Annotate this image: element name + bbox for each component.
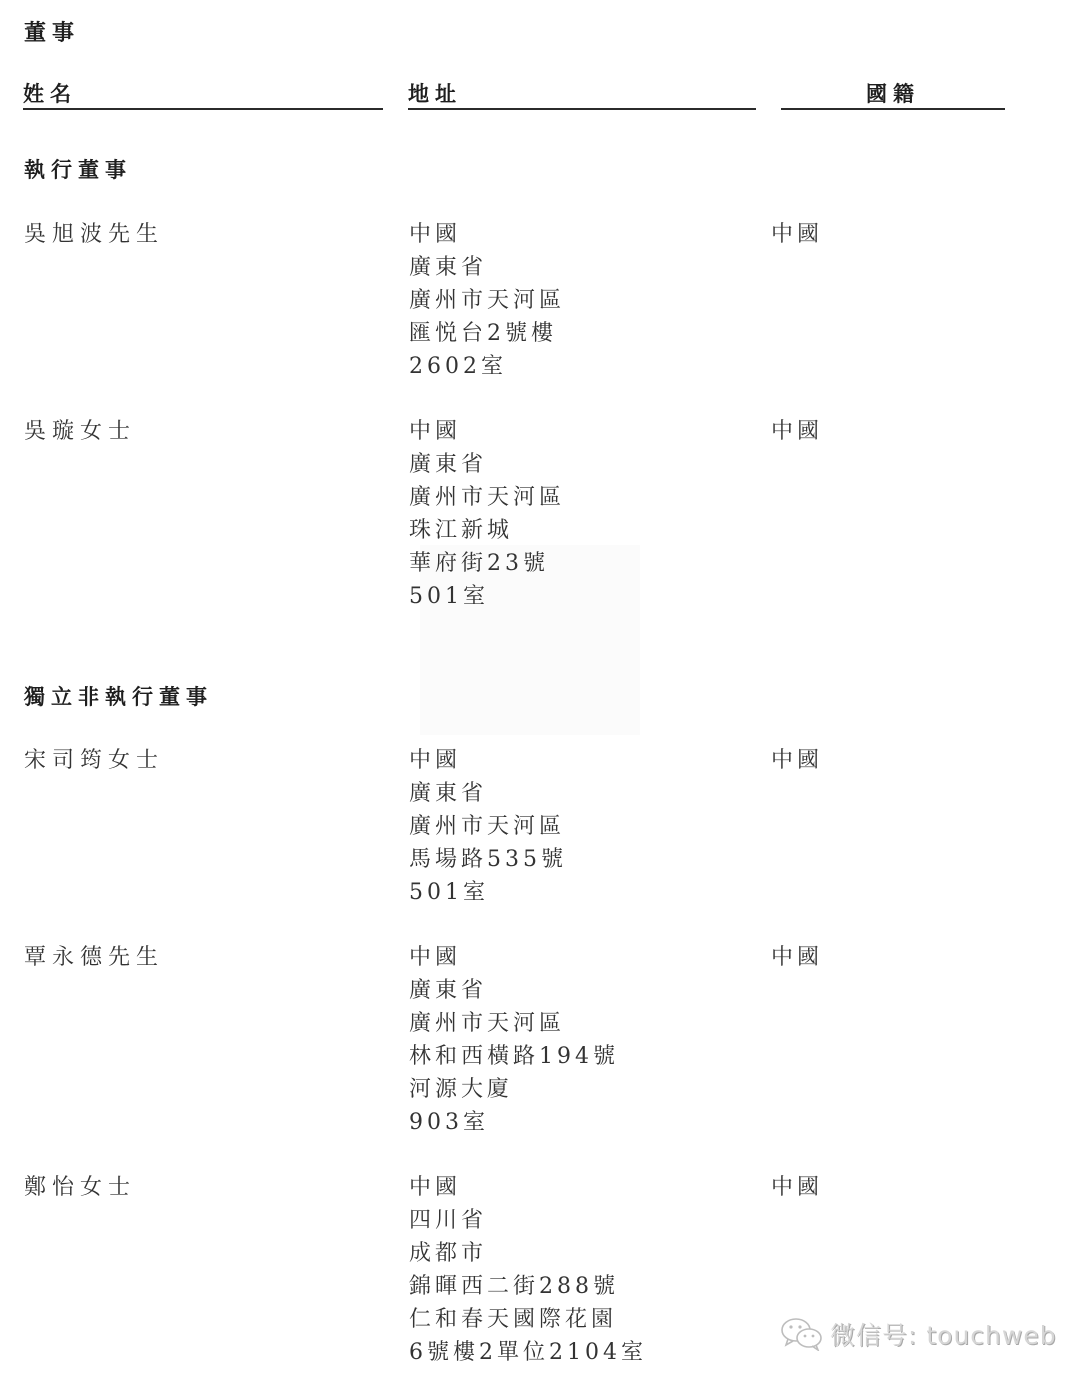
director-address: 中國 廣東省 廣州市天河區 珠江新城 華府街23號 501室 [409, 417, 565, 615]
address-line: 廣州市天河區 [409, 286, 565, 319]
address-line: 成都市 [409, 1239, 647, 1272]
address-line: 廣東省 [409, 976, 619, 1009]
column-header-nationality: 國籍 [781, 82, 1005, 110]
wechat-icon [780, 1317, 824, 1351]
director-name: 吳璇女士 [24, 417, 136, 447]
address-line: 2602室 [409, 352, 565, 385]
column-header-address: 地址 [408, 82, 756, 110]
address-line: 馬場路535號 [409, 845, 567, 878]
section-heading-independent-non-executive-directors: 獨立非執行董事 [24, 681, 213, 711]
address-line: 錦暉西二街288號 [409, 1272, 647, 1305]
address-line: 中國 [409, 943, 619, 976]
address-line: 中國 [409, 417, 565, 450]
director-name: 鄭怡女士 [24, 1173, 136, 1203]
director-nationality: 中國 [771, 1173, 823, 1203]
column-header-name: 姓名 [23, 82, 383, 110]
address-line: 6號樓2單位2104室 [409, 1338, 647, 1371]
address-line: 中國 [409, 1173, 647, 1206]
address-line: 廣東省 [409, 450, 565, 483]
address-line: 珠江新城 [409, 516, 565, 549]
address-line: 仁和春天國際花園 [409, 1305, 647, 1338]
director-address: 中國 廣東省 廣州市天河區 林和西橫路194號 河源大廈 903室 [409, 943, 619, 1141]
address-line: 河源大廈 [409, 1075, 619, 1108]
address-line: 廣州市天河區 [409, 812, 567, 845]
director-nationality: 中國 [771, 943, 823, 973]
director-address: 中國 四川省 成都市 錦暉西二街288號 仁和春天國際花園 6號樓2單位2104… [409, 1173, 647, 1371]
address-line: 廣州市天河區 [409, 483, 565, 516]
address-line: 廣東省 [409, 779, 567, 812]
page-title: 董事 [24, 16, 80, 47]
director-name: 宋司筠女士 [24, 746, 164, 776]
director-address: 中國 廣東省 廣州市天河區 匯悦台2號樓 2602室 [409, 220, 565, 385]
address-line: 林和西橫路194號 [409, 1042, 619, 1075]
director-name: 覃永德先生 [24, 943, 164, 973]
address-line: 903室 [409, 1108, 619, 1141]
address-line: 501室 [409, 878, 567, 911]
watermark-text: 微信号: touchweb [830, 1316, 1057, 1352]
director-address: 中國 廣東省 廣州市天河區 馬場路535號 501室 [409, 746, 567, 911]
address-line: 廣州市天河區 [409, 1009, 619, 1042]
address-line: 中國 [409, 220, 565, 253]
address-line: 匯悦台2號樓 [409, 319, 565, 352]
address-line: 中國 [409, 746, 567, 779]
director-nationality: 中國 [771, 417, 823, 447]
address-line: 501室 [409, 582, 565, 615]
director-name: 吳旭波先生 [24, 220, 164, 250]
address-line: 華府街23號 [409, 549, 565, 582]
address-line: 四川省 [409, 1206, 647, 1239]
director-nationality: 中國 [771, 220, 823, 250]
address-line: 廣東省 [409, 253, 565, 286]
section-heading-executive-directors: 執行董事 [24, 154, 132, 184]
watermark: 微信号: touchweb [780, 1316, 1057, 1352]
director-nationality: 中國 [771, 746, 823, 776]
